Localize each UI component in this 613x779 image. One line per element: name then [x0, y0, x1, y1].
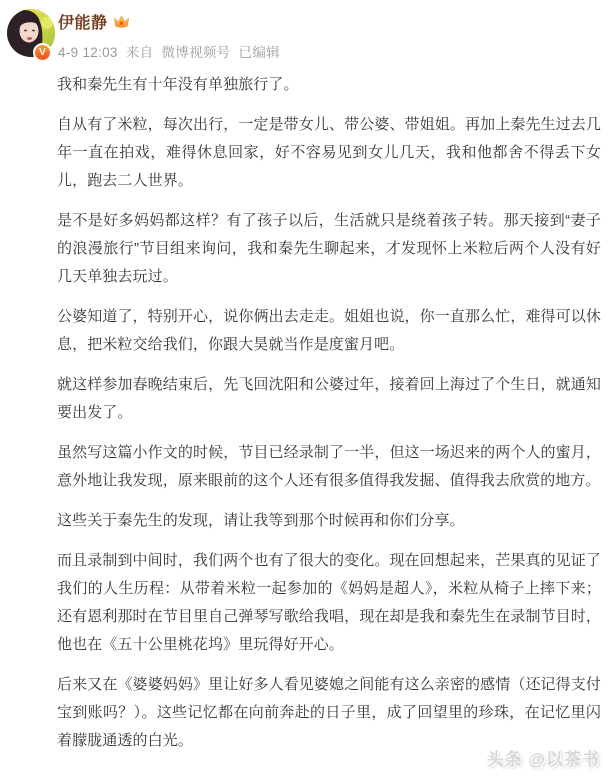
timestamp: 4-9 12:03 [58, 45, 118, 60]
edited-label: 已编辑 [239, 45, 280, 60]
avatar[interactable]: V [7, 9, 55, 57]
vip-crown-icon [113, 14, 130, 29]
paragraph: 这些关于秦先生的发现，请让我等到那个时候再和你们分享。 [57, 507, 601, 535]
source-prefix: 来自 [126, 45, 154, 60]
paragraph: 而且录制到中间时，我们两个也有了很大的变化。现在回想起来，芒果真的见证了我们的人… [57, 547, 601, 659]
weibo-post-page: V 伊能静 4-9 12:03 来自 [0, 0, 613, 779]
post-header: 伊能静 4-9 12:03 来自 微博视频号 已编辑 [58, 11, 284, 61]
paragraph: 就这样参加春晚结束后，先飞回沈阳和公婆过年，接着回上海过了个生日，就通知要出发了… [57, 371, 601, 427]
paragraph: 自从有了米粒，每次出行，一定是带女儿、带公婆、带姐姐。再加上秦先生过去几年一直在… [57, 111, 601, 195]
post-meta: 4-9 12:03 来自 微博视频号 已编辑 [58, 41, 284, 61]
paragraph: 公婆知道了，特别开心，说你俩出去走走。姐姐也说，你一直那么忙，难得可以休息，把米… [57, 303, 601, 359]
post-content: 我和秦先生有十年没有单独旅行了。 自从有了米粒，每次出行，一定是带女儿、带公婆、… [57, 71, 601, 767]
source-link[interactable]: 微博视频号 [161, 45, 230, 60]
verified-v-badge-icon: V [33, 43, 52, 62]
username[interactable]: 伊能静 [58, 10, 108, 33]
paragraph: 后来又在《婆婆妈妈》里让好多人看见婆媳之间能有这么亲密的感情（还记得支付宝到账吗… [57, 671, 601, 755]
paragraph: 是不是好多妈妈都这样？有了孩子以后，生活就只是绕着孩子转。那天接到“妻子的浪漫旅… [57, 207, 601, 291]
paragraph: 我和秦先生有十年没有单独旅行了。 [57, 71, 601, 99]
watermark: 头条 @以茶书 [487, 745, 600, 770]
paragraph: 虽然写这篇小作文的时候，节目已经录制了一半，但这一场迟来的两个人的蜜月，意外地让… [57, 439, 601, 495]
